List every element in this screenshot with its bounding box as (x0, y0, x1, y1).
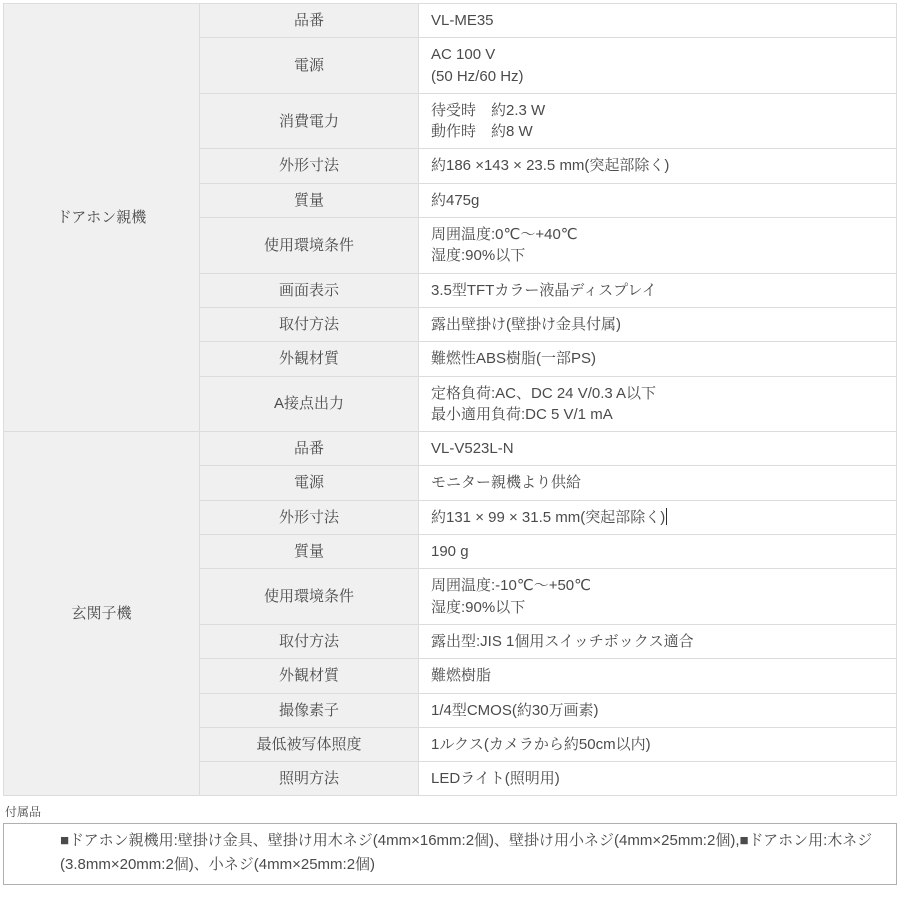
spec-value-line: 周囲温度:0℃〜+40℃ (431, 224, 888, 245)
spec-value-cell: モニター親機より供給 (419, 466, 897, 500)
spec-value-line: 周囲温度:-10℃〜+50℃ (431, 575, 888, 596)
spec-value-cell: 1ルクス(カメラから約50cm以内) (419, 727, 897, 761)
accessories-title: 付属品 (3, 803, 897, 820)
spec-value-text: 湿度:90%以下 (431, 247, 525, 264)
spec-label-cell: 外観材質 (200, 659, 419, 693)
spec-value-text: 定格負荷:AC、DC 24 V/0.3 A以下 (431, 385, 656, 402)
spec-label-cell: 外形寸法 (200, 500, 419, 534)
spec-value-line: VL-ME35 (431, 10, 888, 31)
spec-label-cell: A接点出力 (200, 376, 419, 432)
spec-label-cell: 質量 (200, 183, 419, 217)
spec-value-cell: 約131 × 99 × 31.5 mm(突起部除く) (419, 500, 897, 534)
spec-table-body: ドアホン親機品番VL-ME35電源AC 100 V(50 Hz/60 Hz)消費… (4, 4, 897, 796)
spec-value-line: 定格負荷:AC、DC 24 V/0.3 A以下 (431, 383, 888, 404)
spec-value-line: 約131 × 99 × 31.5 mm(突起部除く) (431, 507, 888, 528)
spec-label-cell: 外観材質 (200, 342, 419, 376)
spec-page: ドアホン親機品番VL-ME35電源AC 100 V(50 Hz/60 Hz)消費… (0, 0, 900, 885)
spec-value-cell: 周囲温度:0℃〜+40℃湿度:90%以下 (419, 218, 897, 274)
spec-value-cell: LEDライト(照明用) (419, 762, 897, 796)
spec-label-cell: 品番 (200, 432, 419, 466)
spec-value-text: 難燃樹脂 (431, 667, 491, 684)
spec-label-cell: 最低被写体照度 (200, 727, 419, 761)
spec-value-cell: 待受時 約2.3 W動作時 約8 W (419, 93, 897, 149)
spec-value-line: 約475g (431, 190, 888, 211)
spec-value-cell: AC 100 V(50 Hz/60 Hz) (419, 38, 897, 94)
table-row: 玄関子機品番VL-V523L-N (4, 432, 897, 466)
spec-value-text: 約186 ×143 × 23.5 mm(突起部除く) (431, 157, 669, 174)
spec-value-cell: 定格負荷:AC、DC 24 V/0.3 A以下最小適用負荷:DC 5 V/1 m… (419, 376, 897, 432)
spec-label-cell: 使用環境条件 (200, 569, 419, 625)
spec-value-text: 周囲温度:0℃〜+40℃ (431, 226, 578, 243)
spec-value-cell: 190 g (419, 535, 897, 569)
spec-value-text: VL-V523L-N (431, 440, 514, 457)
spec-value-cell: 難燃樹脂 (419, 659, 897, 693)
spec-label-cell: 質量 (200, 535, 419, 569)
spec-label-cell: 照明方法 (200, 762, 419, 796)
spec-value-line: 動作時 約8 W (431, 121, 888, 142)
spec-value-line: 約186 ×143 × 23.5 mm(突起部除く) (431, 155, 888, 176)
spec-value-line: 1ルクス(カメラから約50cm以内) (431, 734, 888, 755)
spec-value-cell: 約475g (419, 183, 897, 217)
table-row: ドアホン親機品番VL-ME35 (4, 4, 897, 38)
category-cell: 玄関子機 (4, 432, 200, 796)
spec-table: ドアホン親機品番VL-ME35電源AC 100 V(50 Hz/60 Hz)消費… (3, 3, 897, 796)
spec-value-text: 約131 × 99 × 31.5 mm(突起部除く) (431, 509, 665, 526)
spec-value-line: 露出壁掛け(壁掛け金具付属) (431, 314, 888, 335)
spec-label-cell: 電源 (200, 466, 419, 500)
spec-value-text: 1ルクス(カメラから約50cm以内) (431, 736, 651, 753)
spec-label-cell: 撮像素子 (200, 693, 419, 727)
spec-value-text: 湿度:90%以下 (431, 599, 525, 616)
spec-value-text: 難燃性ABS樹脂(一部PS) (431, 350, 596, 367)
spec-value-cell: 露出型:JIS 1個用スイッチボックス適合 (419, 624, 897, 658)
spec-value-line: 湿度:90%以下 (431, 245, 888, 266)
spec-value-text: AC 100 V (431, 46, 495, 63)
spec-value-text: 190 g (431, 543, 469, 560)
spec-value-cell: 露出壁掛け(壁掛け金具付属) (419, 307, 897, 341)
spec-value-cell: 周囲温度:-10℃〜+50℃湿度:90%以下 (419, 569, 897, 625)
accessories-section: 付属品 ■ドアホン親機用:壁掛け金具、壁掛け用木ネジ(4mm×16mm:2個)、… (3, 803, 897, 885)
spec-value-cell: 約186 ×143 × 23.5 mm(突起部除く) (419, 149, 897, 183)
spec-value-text: 待受時 約2.3 W (431, 102, 545, 119)
spec-value-text: 3.5型TFTカラー液晶ディスプレイ (431, 282, 657, 299)
spec-value-line: VL-V523L-N (431, 438, 888, 459)
spec-value-text: 露出型:JIS 1個用スイッチボックス適合 (431, 633, 694, 650)
spec-label-cell: 画面表示 (200, 273, 419, 307)
spec-value-line: LEDライト(照明用) (431, 768, 888, 789)
spec-value-cell: 難燃性ABS樹脂(一部PS) (419, 342, 897, 376)
spec-value-cell: 1/4型CMOS(約30万画素) (419, 693, 897, 727)
spec-value-text: モニター親機より供給 (431, 474, 581, 491)
spec-value-text: 周囲温度:-10℃〜+50℃ (431, 577, 591, 594)
text-cursor (666, 508, 667, 525)
spec-value-line: モニター親機より供給 (431, 472, 888, 493)
spec-value-text: 動作時 約8 W (431, 123, 533, 140)
spec-value-line: 難燃樹脂 (431, 665, 888, 686)
spec-value-line: 待受時 約2.3 W (431, 100, 888, 121)
spec-value-text: 1/4型CMOS(約30万画素) (431, 702, 599, 719)
spec-value-line: AC 100 V (431, 44, 888, 65)
spec-value-line: 湿度:90%以下 (431, 597, 888, 618)
spec-label-cell: 取付方法 (200, 624, 419, 658)
accessories-box: ■ドアホン親機用:壁掛け金具、壁掛け用木ネジ(4mm×16mm:2個)、壁掛け用… (3, 823, 897, 885)
spec-value-cell: VL-V523L-N (419, 432, 897, 466)
spec-value-line: 1/4型CMOS(約30万画素) (431, 700, 888, 721)
spec-label-cell: 電源 (200, 38, 419, 94)
spec-label-cell: 消費電力 (200, 93, 419, 149)
spec-value-text: 最小適用負荷:DC 5 V/1 mA (431, 406, 613, 423)
spec-value-line: 露出型:JIS 1個用スイッチボックス適合 (431, 631, 888, 652)
spec-label-cell: 品番 (200, 4, 419, 38)
accessories-text: ■ドアホン親機用:壁掛け金具、壁掛け用木ネジ(4mm×16mm:2個)、壁掛け用… (60, 829, 884, 876)
spec-value-text: VL-ME35 (431, 12, 494, 29)
spec-label-cell: 外形寸法 (200, 149, 419, 183)
spec-value-text: (50 Hz/60 Hz) (431, 68, 524, 85)
spec-value-line: 難燃性ABS樹脂(一部PS) (431, 348, 888, 369)
spec-label-cell: 使用環境条件 (200, 218, 419, 274)
spec-value-line: 最小適用負荷:DC 5 V/1 mA (431, 404, 888, 425)
spec-value-line: 3.5型TFTカラー液晶ディスプレイ (431, 280, 888, 301)
spec-value-text: LEDライト(照明用) (431, 770, 560, 787)
spec-value-text: 約475g (431, 192, 479, 209)
spec-value-line: (50 Hz/60 Hz) (431, 66, 888, 87)
spec-label-cell: 取付方法 (200, 307, 419, 341)
spec-value-text: 露出壁掛け(壁掛け金具付属) (431, 316, 621, 333)
spec-value-cell: 3.5型TFTカラー液晶ディスプレイ (419, 273, 897, 307)
spec-value-cell: VL-ME35 (419, 4, 897, 38)
category-cell: ドアホン親機 (4, 4, 200, 432)
spec-value-line: 190 g (431, 541, 888, 562)
